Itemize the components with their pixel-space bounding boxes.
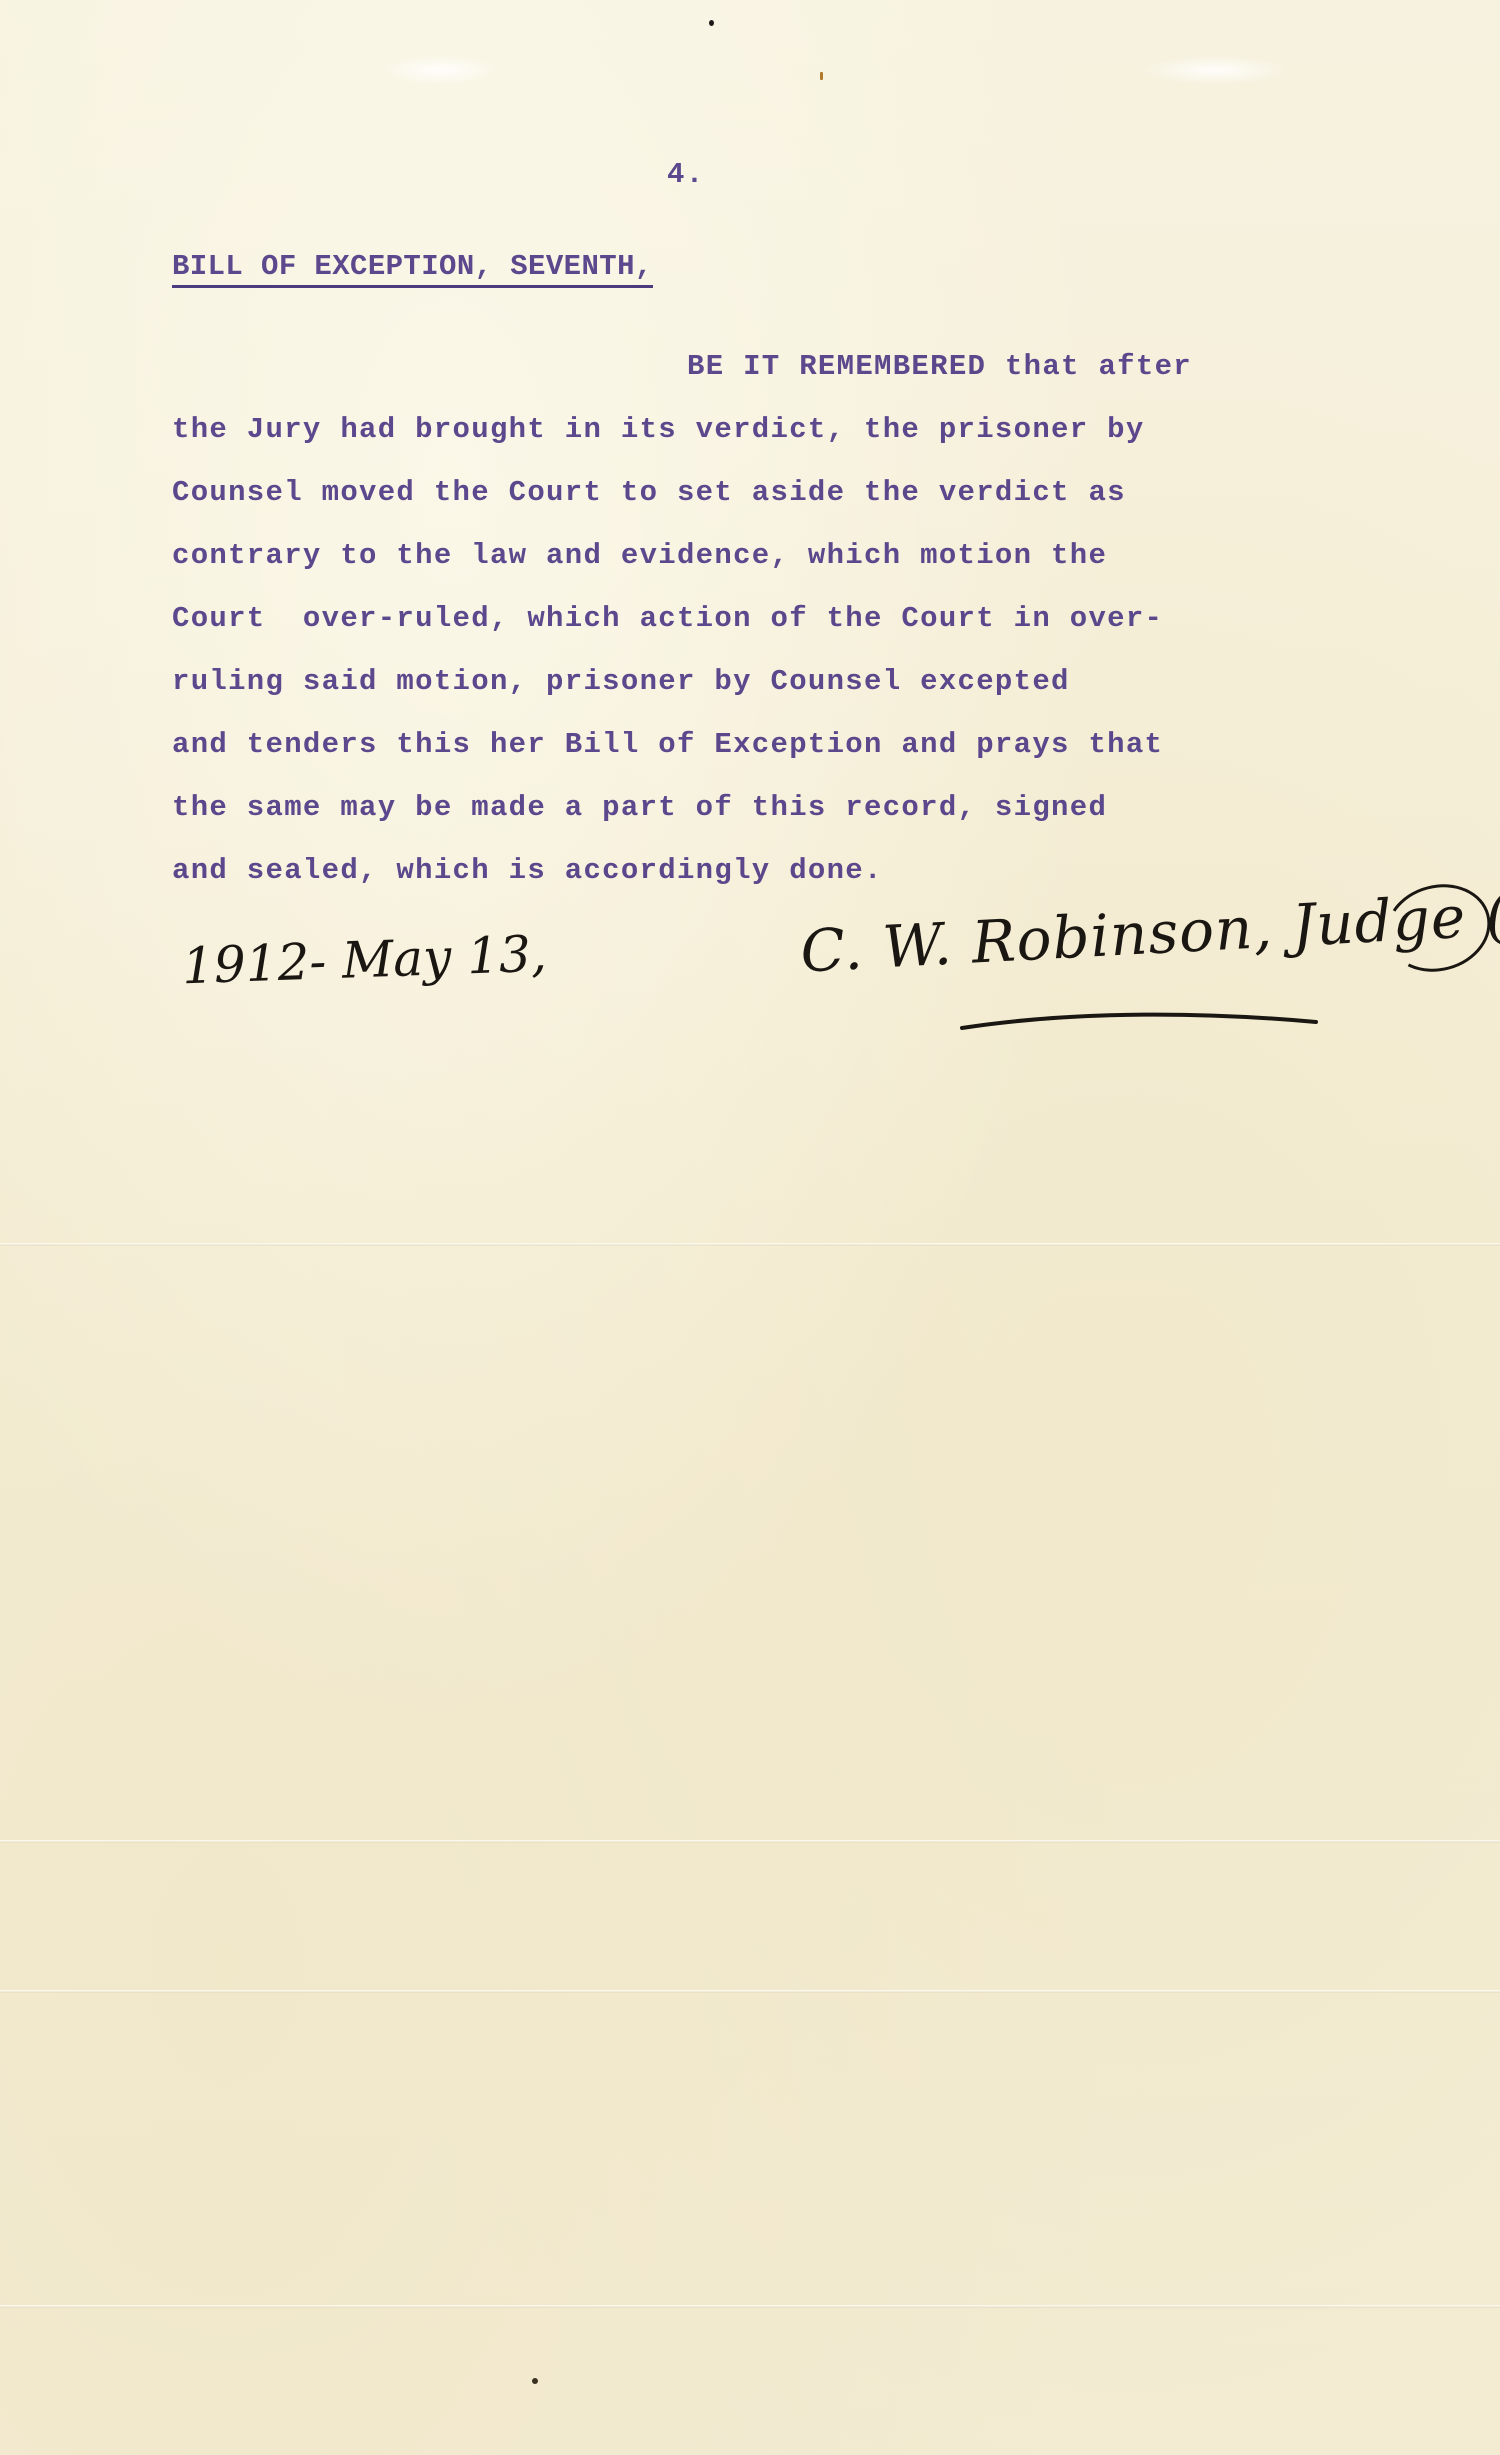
paper-speck [532, 2378, 538, 2384]
ink-dot [709, 20, 714, 26]
fold-line [0, 1840, 1500, 1843]
body-line: contrary to the law and evidence, which … [172, 541, 1107, 570]
body-line: Counsel moved the Court to set aside the… [172, 478, 1126, 507]
page-number: 4. [667, 160, 704, 189]
body-line: and tenders this her Bill of Exception a… [172, 730, 1163, 759]
document-heading: BILL OF EXCEPTION, SEVENTH, [172, 252, 653, 288]
fold-line [0, 2305, 1500, 2308]
fold-line [0, 1243, 1500, 1246]
handwritten-date: 1912- May 13, [181, 929, 547, 992]
body-line: ruling said motion, prisoner by Counsel … [172, 667, 1070, 696]
body-line: and sealed, which is accordingly done. [172, 856, 883, 885]
body-line: BE IT REMEMBERED that after [687, 352, 1192, 381]
body-line: the Jury had brought in its verdict, the… [172, 415, 1145, 444]
signature-underline [960, 1010, 1320, 1032]
paper-speck [820, 72, 823, 80]
paper-crease [1140, 55, 1290, 85]
body-line: Court over-ruled, which action of the Co… [172, 604, 1163, 633]
body-line: the same may be made a part of this reco… [172, 793, 1107, 822]
fold-line [0, 1990, 1500, 1993]
paper-crease [380, 55, 500, 85]
